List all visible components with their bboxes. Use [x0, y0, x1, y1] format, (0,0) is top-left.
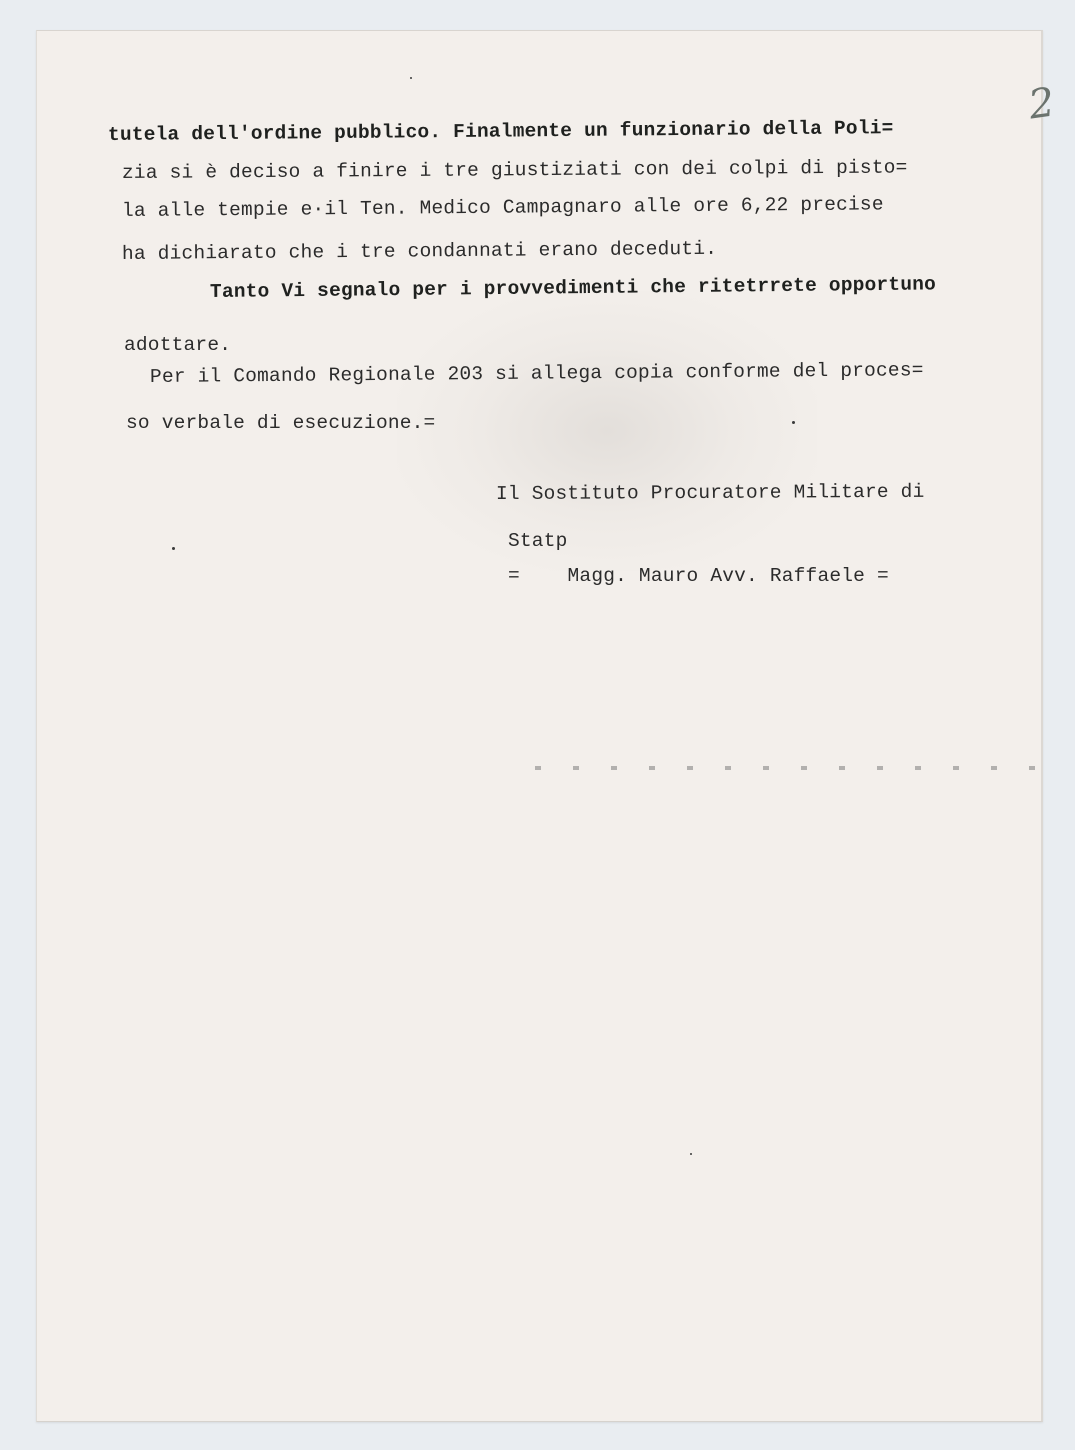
signature-title-line-2: Statp: [508, 530, 568, 552]
ink-speck: [690, 1153, 692, 1155]
ink-speck: [410, 77, 412, 79]
faint-dashed-mark: [535, 766, 1040, 770]
signature-name-line: = Magg. Mauro Avv. Raffaele =: [508, 565, 889, 587]
ink-speck: [172, 547, 175, 550]
handwritten-page-number: 2: [1026, 79, 1058, 128]
signature-title-line-1: Il Sostituto Procuratore Militare di: [496, 481, 925, 505]
paper-smudge: [397, 291, 817, 571]
body-line-8: so verbale di esecuzione.=: [126, 412, 435, 434]
ink-speck: [792, 421, 795, 424]
body-line-6: adottare.: [124, 334, 231, 356]
